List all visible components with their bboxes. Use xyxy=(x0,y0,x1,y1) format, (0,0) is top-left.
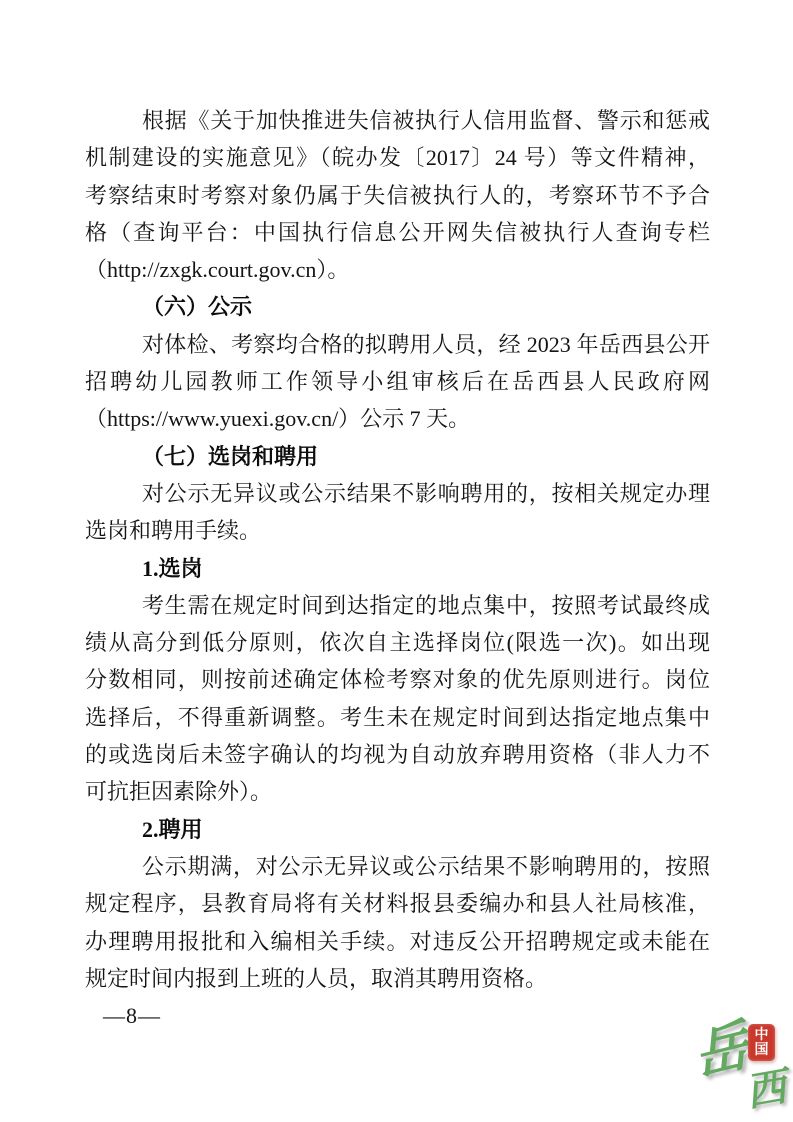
paragraph-line-url-zxgk: （http://zxgk.court.gov.cn）。 xyxy=(85,251,710,288)
paragraph-line: 根据《关于加快推进失信被执行人信用监督、警示和惩戒 xyxy=(85,102,710,139)
heading-sub-2-employment: 2.聘用 xyxy=(85,811,710,848)
paragraph-line: 规定程序，县教育局将有关材料报县委编办和县人社局核准， xyxy=(85,885,710,922)
seal-text: 中国 xyxy=(754,1028,770,1058)
paragraph-line-url-yuexi: （https://www.yuexi.gov.cn/）公示 7 天。 xyxy=(85,400,710,437)
page-number: —8— xyxy=(85,997,710,1034)
paragraph-line: 的或选岗后未签字确认的均视为自动放弃聘用资格（非人力不 xyxy=(85,736,710,773)
paragraph-line: 机制建设的实施意见》（皖办发〔2017〕24 号）等文件精神， xyxy=(85,139,710,176)
paragraph-line: 考生需在规定时间到达指定的地点集中，按照考试最终成 xyxy=(85,587,710,624)
china-seal-stamp: 中国 xyxy=(748,1024,775,1061)
document-body: 根据《关于加快推进失信被执行人信用监督、警示和惩戒 机制建设的实施意见》（皖办发… xyxy=(85,102,710,1034)
paragraph-line: 选岗和聘用手续。 xyxy=(85,512,710,549)
paragraph-line: 格（查询平台：中国执行信息公开网失信被执行人查询专栏 xyxy=(85,214,710,251)
logo-calligraphy-xi: 西 xyxy=(743,1067,789,1113)
paragraph-employment: 公示期满，对公示无异议或公示结果不影响聘用的，按照 规定程序，县教育局将有关材料… xyxy=(85,848,710,997)
paragraph-public-notice: 对体检、考察均合格的拟聘用人员，经 2023 年岳西县公开 招聘幼儿园教师工作领… xyxy=(85,326,710,438)
paragraph-line: 办理聘用报批和入编相关手续。对违反公开招聘规定或未能在 xyxy=(85,923,710,960)
heading-section-6-gongshi: （六）公示 xyxy=(85,288,710,325)
paragraph-line: 分数相同，则按前述确定体检考察对象的优先原则进行。岗位 xyxy=(85,661,710,698)
paragraph-line: 选择后，不得重新调整。考生未在规定时间到达指定地点集中 xyxy=(85,699,710,736)
paragraph-credit-blacklist: 根据《关于加快推进失信被执行人信用监督、警示和惩戒 机制建设的实施意见》（皖办发… xyxy=(85,102,710,288)
paragraph-line: 考察结束时考察对象仍属于失信被执行人的，考察环节不予合 xyxy=(85,177,710,214)
paragraph-line: 公示期满，对公示无异议或公示结果不影响聘用的，按照 xyxy=(85,848,710,885)
paragraph-line: 对体检、考察均合格的拟聘用人员，经 2023 年岳西县公开 xyxy=(85,326,710,363)
heading-sub-1-job-selection: 1.选岗 xyxy=(85,550,710,587)
paragraph-line: 可抗拒因素除外）。 xyxy=(85,773,710,810)
paragraph-no-objection: 对公示无异议或公示结果不影响聘用的，按相关规定办理 选岗和聘用手续。 xyxy=(85,475,710,550)
paragraph-line: 对公示无异议或公示结果不影响聘用的，按相关规定办理 xyxy=(85,475,710,512)
document-page: 根据《关于加快推进失信被执行人信用监督、警示和惩戒 机制建设的实施意见》（皖办发… xyxy=(0,0,793,1122)
paragraph-line: 招聘幼儿园教师工作领导小组审核后在岳西县人民政府网 xyxy=(85,363,710,400)
paragraph-line: 绩从高分到低分原则，依次自主选择岗位(限选一次)。如出现 xyxy=(85,624,710,661)
paragraph-job-selection: 考生需在规定时间到达指定的地点集中，按照考试最终成 绩从高分到低分原则，依次自主… xyxy=(85,587,710,811)
yuexi-logo: 岳 西 中国 xyxy=(692,1018,792,1122)
paragraph-line: 规定时间内报到上班的人员，取消其聘用资格。 xyxy=(85,960,710,997)
heading-section-7-xuangang: （七）选岗和聘用 xyxy=(85,438,710,475)
